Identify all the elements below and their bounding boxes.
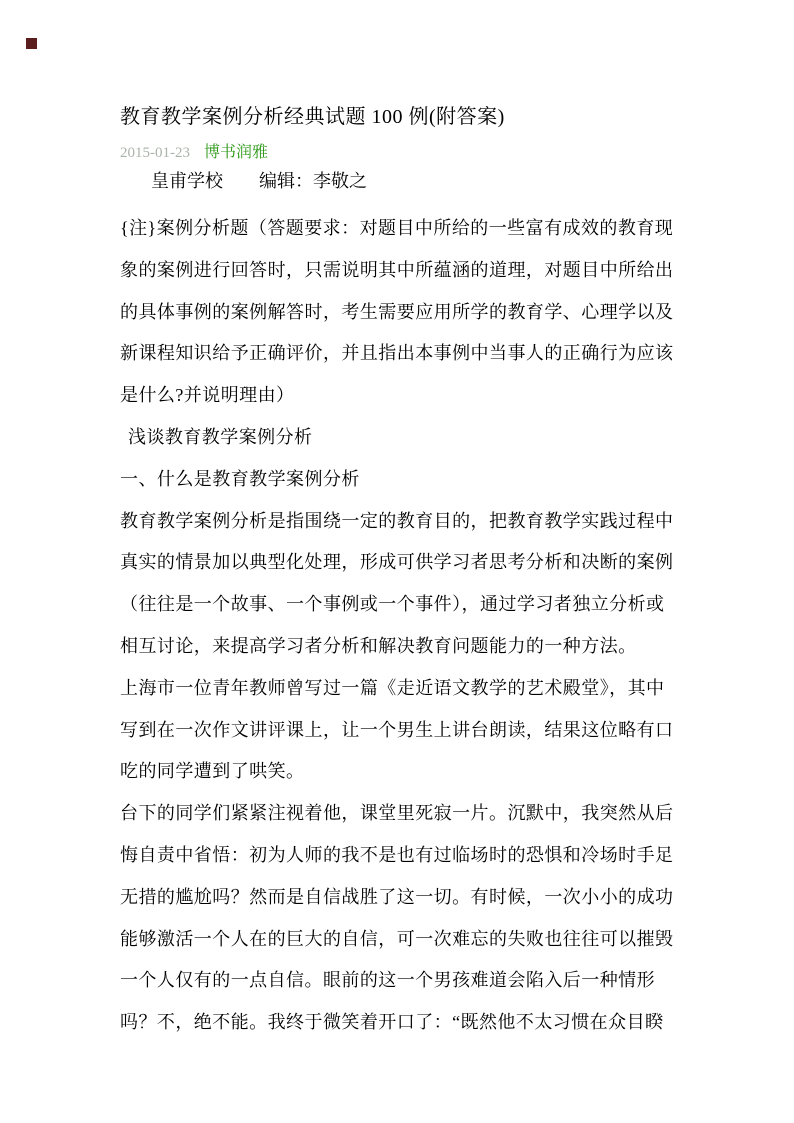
body-line: {注}案例分析题（答题要求：对题目中所给的一些富有成效的教育现 bbox=[120, 208, 680, 250]
document-page: { "page": { "title": "教育教学案例分析经典试题 100 例… bbox=[0, 0, 794, 1123]
body-line: 写到在一次作文讲评课上，让一个男生上讲台朗读，结果这位略有口 bbox=[120, 710, 680, 752]
byline: 皇甫学校 编辑：李敬之 bbox=[151, 170, 680, 192]
body-line: 象的案例进行回答时，只需说明其中所蕴涵的道理，对题目中所给出 bbox=[120, 250, 680, 292]
body-line: 上海市一位青年教师曾写过一篇《走近语文教学的艺术殿堂》，其中 bbox=[120, 668, 680, 710]
body-line: 真实的情景加以典型化处理，形成可供学习者思考分析和决断的案例 bbox=[120, 542, 680, 584]
author-link[interactable]: 博书润雅 bbox=[204, 144, 268, 161]
post-date: 2015-01-23 bbox=[120, 145, 190, 161]
body-line: 悔自责中省悟：初为人师的我不是也有过临场时的恐惧和冷场时手足 bbox=[120, 835, 680, 877]
page-title: 教育教学案例分析经典试题 100 例(附答案) bbox=[120, 104, 680, 130]
body-line: 能够激活一个人在的巨大的自信，可一次难忘的失败也往往可以摧毁 bbox=[120, 919, 680, 961]
body-line: （往往是一个故事、一个事例或一个事件），通过学习者独立分析或 bbox=[120, 584, 680, 626]
body-line: 无措的尴尬吗？然而是自信战胜了这一切。有时候，一次小小的成功 bbox=[120, 877, 680, 919]
body-line: 台下的同学们紧紧注视着他，课堂里死寂一片。沉默中，我突然从后 bbox=[120, 793, 680, 835]
body-line-subtitle: 浅谈教育教学案例分析 bbox=[120, 417, 680, 459]
body-line: 吗？不，绝不能。我终于微笑着开口了：“既然他不太习惯在众目睽 bbox=[120, 1002, 680, 1044]
body-text: {注}案例分析题（答题要求：对题目中所给的一些富有成效的教育现 象的案例进行回答… bbox=[120, 208, 680, 1044]
post-meta: 2015-01-23 博书润雅 bbox=[120, 143, 680, 163]
body-line: 新课程知识给予正确评价，并且指出本事例中当事人的正确行为应该 bbox=[120, 333, 680, 375]
body-line: 吃的同学遭到了哄笑。 bbox=[120, 751, 680, 793]
body-line: 一个人仅有的一点自信。眼前的这一个男孩难道会陷入后一种情形 bbox=[120, 960, 680, 1002]
page-marker-square bbox=[26, 38, 37, 49]
body-line: 的具体事例的案例解答时，考生需要应用所学的教育学、心理学以及 bbox=[120, 292, 680, 334]
document-content: 教育教学案例分析经典试题 100 例(附答案) 2015-01-23 博书润雅 … bbox=[120, 104, 680, 1044]
body-line-section-heading: 一、什么是教育教学案例分析 bbox=[120, 459, 680, 501]
body-line: 教育教学案例分析是指围绕一定的教育目的，把教育教学实践过程中 bbox=[120, 501, 680, 543]
body-line: 相互讨论，来提高学习者分析和解决教育问题能力的一种方法。 bbox=[120, 626, 680, 668]
body-line: 是什么?并说明理由） bbox=[120, 375, 680, 417]
